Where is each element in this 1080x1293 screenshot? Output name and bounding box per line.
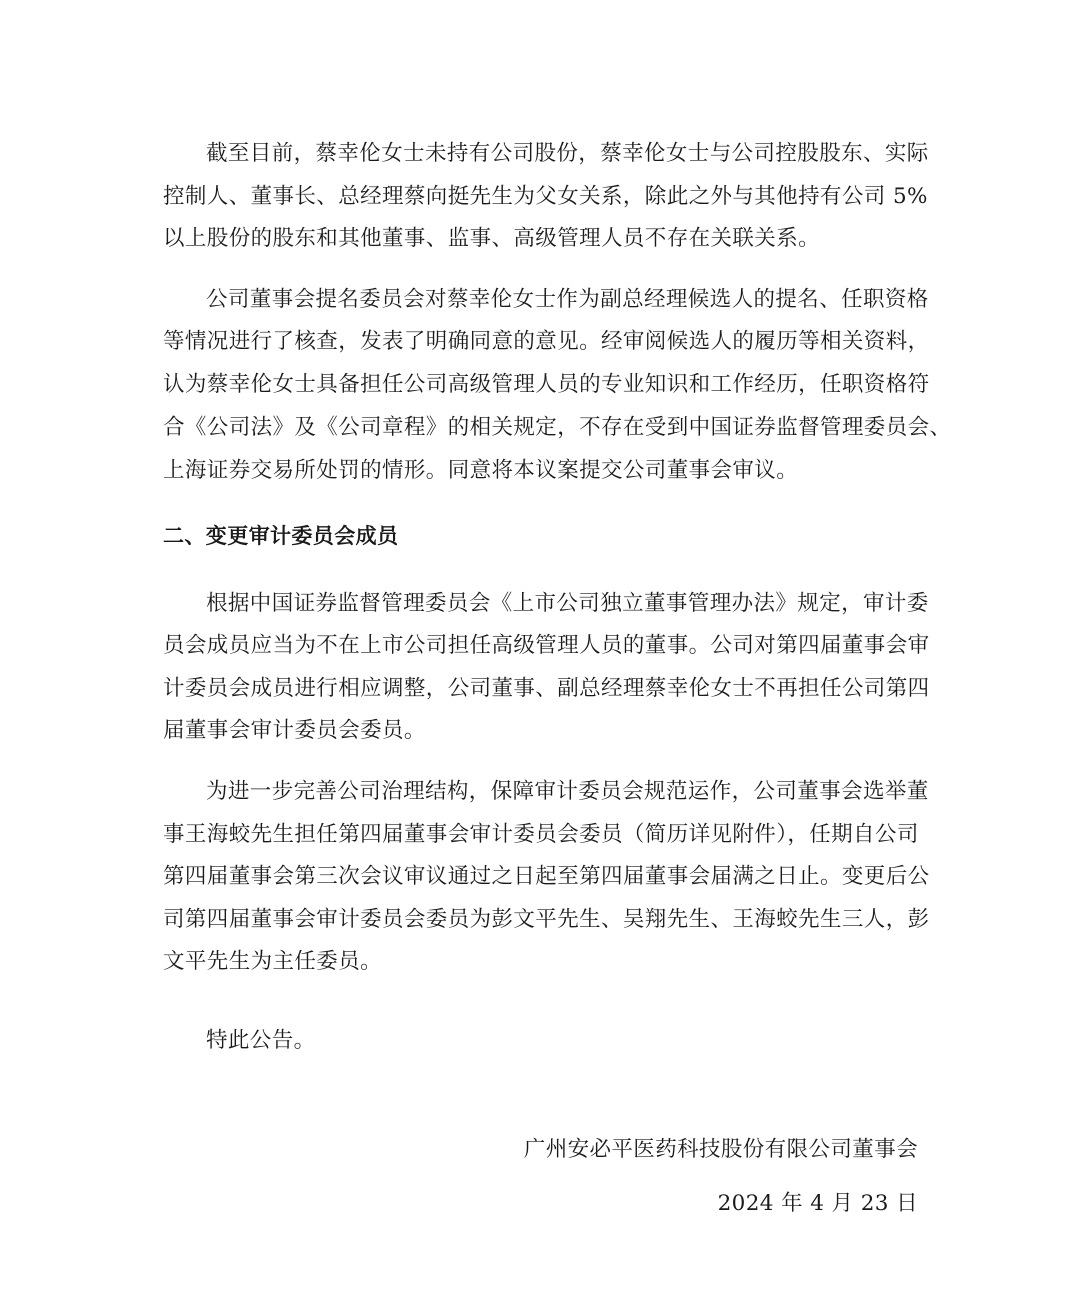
paragraph-2-line-2: 等情况进行了核查，发表了明确同意的意见。经审阅候选人的履历等相关资料， [163,327,919,357]
signature-company: 广州安必平医药科技股份有限公司董事会 [524,1135,918,1165]
paragraph-2-line-5: 上海证券交易所处罚的情形。同意将本议案提交公司董事会审议。 [163,456,919,486]
paragraph-1-line-1: 截至目前，蔡幸伦女士未持有公司股份，蔡幸伦女士与公司控股股东、实际 [206,139,919,169]
section-paragraph-2-line-2: 事王海蛟先生担任第四届董事会审计委员会委员（简历详见附件），任期自公司 [163,820,919,850]
section-heading: 二、变更审计委员会成员 [163,521,919,551]
paragraph-2-line-3: 认为蔡幸伦女士具备担任公司高级管理人员的专业知识和工作经历，任职资格符 [163,370,919,400]
paragraph-2-line-4: 合《公司法》及《公司章程》的相关规定，不存在受到中国证券监督管理委员会、 [163,413,919,443]
section-paragraph-2-line-5: 文平先生为主任委员。 [163,947,919,977]
paragraph-1-line-3: 以上股份的股东和其他董事、监事、高级管理人员不存在关联关系。 [163,224,919,254]
signature-date: 2024 年 4 月 23 日 [718,1189,918,1219]
section-paragraph-2-line-1: 为进一步完善公司治理结构，保障审计委员会规范运作，公司董事会选举董 [206,777,919,807]
section-paragraph-1-line-2: 员会成员应当为不在上市公司担任高级管理人员的董事。公司对第四届董事会审 [163,631,919,661]
document-page: 截至目前，蔡幸伦女士未持有公司股份，蔡幸伦女士与公司控股股东、实际 控制人、董事… [0,0,1080,1293]
section-paragraph-1-line-3: 计委员会成员进行相应调整，公司董事、副总经理蔡幸伦女士不再担任公司第四 [163,674,919,704]
section-paragraph-1-line-1: 根据中国证券监督管理委员会《上市公司独立董事管理办法》规定，审计委 [206,589,919,619]
section-paragraph-1-line-4: 届董事会审计委员会委员。 [163,716,919,746]
section-paragraph-2-line-4: 司第四届董事会审计委员会委员为彭文平先生、吴翔先生、王海蛟先生三人，彭 [163,905,919,935]
closing-statement: 特此公告。 [206,1026,919,1056]
paragraph-2-line-1: 公司董事会提名委员会对蔡幸伦女士作为副总经理候选人的提名、任职资格 [206,285,919,315]
section-paragraph-2-line-3: 第四届董事会第三次会议审议通过之日起至第四届董事会届满之日止。变更后公 [163,862,919,892]
paragraph-1-line-2: 控制人、董事长、总经理蔡向挺先生为父女关系，除此之外与其他持有公司 5% [163,182,919,212]
